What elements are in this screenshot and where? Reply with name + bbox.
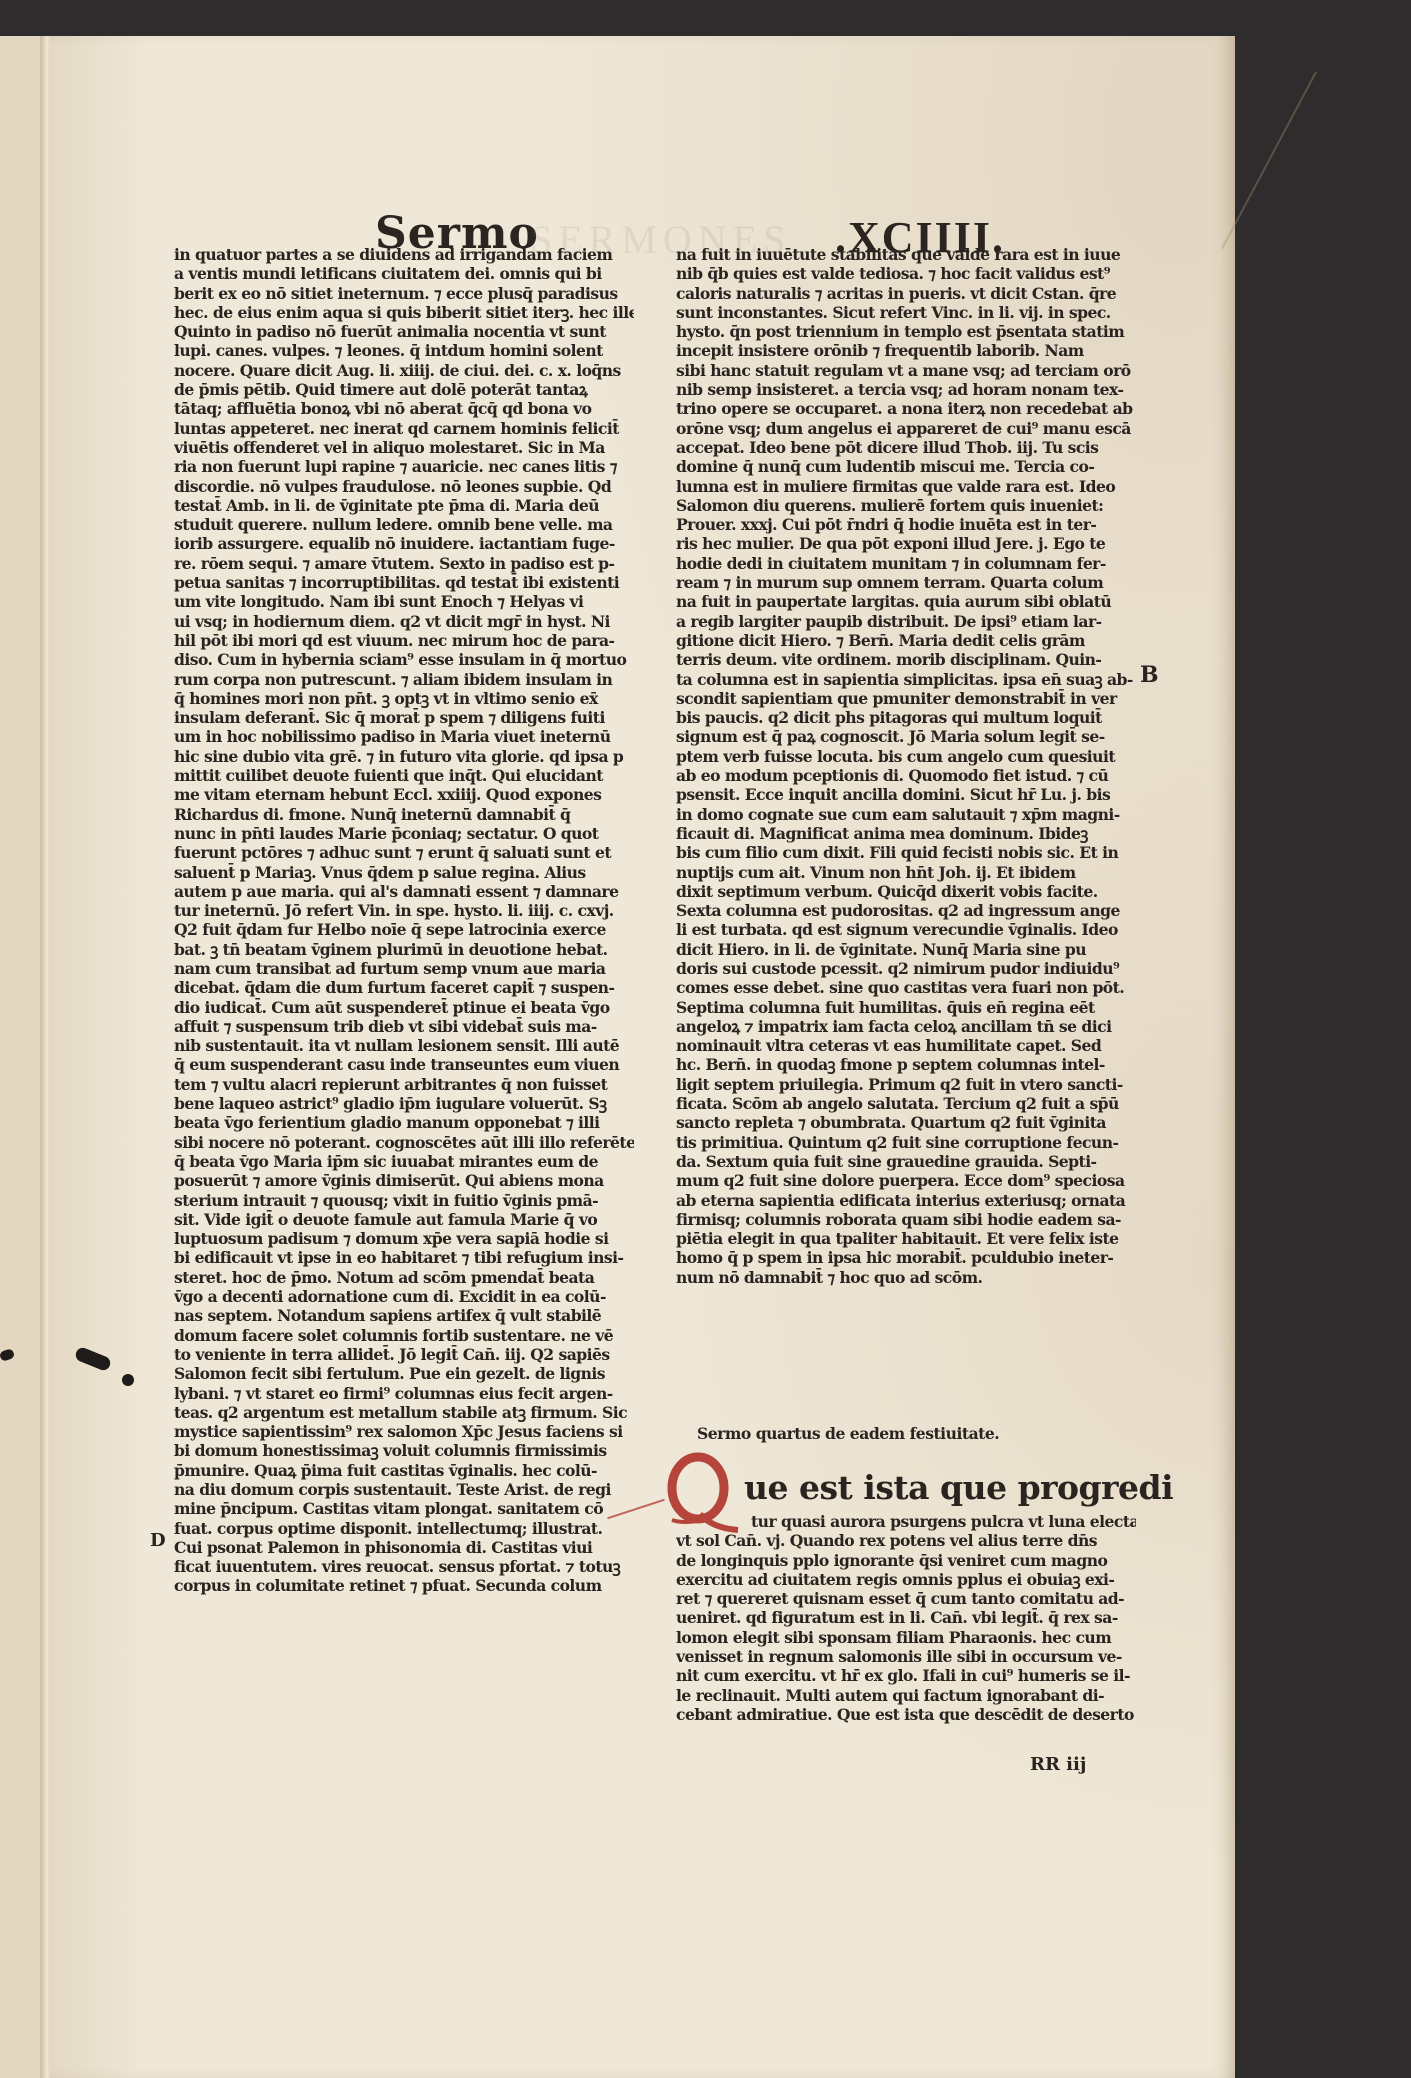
text-line: lupi. canes. vulpes. ⁊ leones. q̄ intdum… (174, 341, 634, 360)
text-line: ta columna est in sapientia simplicitas.… (676, 670, 1136, 689)
text-line: in quatuor partes a se diuidens ad irrig… (174, 245, 634, 264)
text-line: um in hoc nobilissimo padiso in Maria vi… (174, 727, 634, 746)
text-line: mum q2 fuit sine dolore puerpera. Ecce d… (676, 1171, 1136, 1190)
text-line: hc. Bern̄. in quodaꝫ fmone p septem colu… (676, 1055, 1136, 1074)
margin-note-left: D (150, 1530, 166, 1551)
text-line: tem ⁊ vultu alacri repierunt arbitrantes… (174, 1075, 634, 1094)
text-line: rum corpa non putrescunt. ⁊ aliam ibidem… (174, 670, 634, 689)
text-line: petua sanitas ⁊ incorruptibilitas. qd te… (174, 573, 634, 592)
text-line: ficat iuuentutem. vires reuocat. sensus … (174, 1557, 634, 1576)
text-line: q̄ homines mori non pn̄t. ꝫ optꝫ vt in v… (174, 689, 634, 708)
text-line: angeloꝝ ⁊ impatrix iam facta celoꝝ ancil… (676, 1017, 1136, 1036)
text-line: ficata. Scōm ab angelo salutata. Tercium… (676, 1094, 1136, 1113)
text-line: le reclinauit. Multi autem qui factum ig… (676, 1686, 1136, 1705)
text-line: piētia elegit in qua tpaliter habitauit.… (676, 1229, 1136, 1248)
text-line: nas septem. Notandum sapiens artifex q̄ … (174, 1306, 634, 1325)
sermon-heading: Sermo quartus de eadem festiuitate. (697, 1424, 999, 1443)
text-line: tur ineternū. Jō refert Vin. in spe. hys… (174, 901, 634, 920)
text-line: Salomon diu querens. mulierē fortem quis… (676, 496, 1136, 515)
text-line: dicit Hiero. in li. de v̄ginitate. Nunq̄… (676, 940, 1136, 959)
text-line: q̄ beata v̄go Maria ip̄m sic iuuabat mir… (174, 1152, 634, 1171)
text-line: lumna est in muliere firmitas que valde … (676, 477, 1136, 496)
incipit-text: ue est ista que progredi (744, 1468, 1173, 1507)
text-line: accepat. Ideo bene pōt dicere illud Thob… (676, 438, 1136, 457)
text-line: Quinto in padiso nō fuerūt animalia noce… (174, 322, 634, 341)
text-line: ria non fuerunt lupi rapine ⁊ auaricie. … (174, 457, 634, 476)
text-line: lomon elegit sibi sponsam filiam Pharaon… (676, 1628, 1136, 1647)
margin-note-right: B (1140, 662, 1159, 688)
text-line: bi domum honestissimaꝫ voluit columnis f… (174, 1441, 634, 1460)
text-line: discordie. nō vulpes fraudulose. nō leon… (174, 477, 634, 496)
text-line: scondit sapientiam que pmuniter demonstr… (676, 689, 1136, 708)
text-line: bis cum filio cum dixit. Fili quid fecis… (676, 843, 1136, 862)
text-line: Cui psonat Palemon in phisonomia di. Cas… (174, 1538, 634, 1557)
text-line: incepit insistere orōnib ⁊ frequentib la… (676, 341, 1136, 360)
right-text-column: na fuit in iuuētute stabilitas que valde… (676, 245, 1136, 1287)
text-line: fuat. corpus optime disponit. intellectu… (174, 1519, 634, 1538)
text-line: a regib largiter paupib distribuit. De i… (676, 612, 1136, 631)
text-line: nit cum exercitu. vt hr̄ ex glo. Ifali i… (676, 1666, 1136, 1685)
text-line: corpus in columitate retinet ⁊ pfuat. Se… (174, 1576, 634, 1595)
text-line: tis primitiua. Quintum q2 fuit sine corr… (676, 1133, 1136, 1152)
text-line: nuptijs cum ait. Vinum non hn̄t Joh. ij.… (676, 863, 1136, 882)
text-line: bene laqueo astrict⁹ gladio ip̄m iugular… (174, 1094, 634, 1113)
text-line: berit ex eo nō sitiet ineternum. ⁊ ecce … (174, 284, 634, 303)
text-line: testat̄ Amb. in li. de v̄ginitate pte p̄… (174, 496, 634, 515)
text-line: Salomon fecit sibi fertulum. Pue ein gez… (174, 1364, 634, 1383)
signature-mark: RR iij (1030, 1754, 1086, 1775)
text-line: sibi hanc statuit regulam vt a mane vsq;… (676, 361, 1136, 380)
text-line: nam cum transibat ad furtum semp vnum au… (174, 959, 634, 978)
text-line: nominauit vltra ceteras vt eas humilitat… (676, 1036, 1136, 1055)
text-line: ficauit di. Magnificat anima mea dominum… (676, 824, 1136, 843)
text-line: li est turbata. qd est signum verecundie… (676, 920, 1136, 939)
text-line: hysto. q̄n post triennium in templo est … (676, 322, 1136, 341)
text-line: Q2 fuit q̄dam fur Helbo noīe q̄ sepe lat… (174, 920, 634, 939)
text-line: studuit querere. nullum ledere. omnib be… (174, 515, 634, 534)
text-line: nib semp insisteret. a tercia vsq; ad ho… (676, 380, 1136, 399)
text-line: fuerunt pctōres ⁊ adhuc sunt ⁊ erunt q̄ … (174, 843, 634, 862)
text-line: tātaq; affluētia bonoꝝ vbi nō aberat q̄c… (174, 399, 634, 418)
text-line: ab eterna sapientia edificata interius e… (676, 1191, 1136, 1210)
text-line: bi edificauit vt ipse in eo habitaret ⁊ … (174, 1248, 634, 1267)
text-line: Prouer. xxxj. Cui pōt r̄ndri q̄ hodie in… (676, 515, 1136, 534)
text-line: vt sol Can̄. vj. Quando rex potens vel a… (676, 1531, 1136, 1550)
text-line: de p̄mis pētib. Quid timere aut dolē pot… (174, 380, 634, 399)
text-line: ligit septem priuilegia. Primum q2 fuit … (676, 1075, 1136, 1094)
text-line: diso. Cum in hybernia sciam⁹ esse insula… (174, 650, 634, 669)
text-line: ret ⁊ quereret quisnam esset q̄ cum tant… (676, 1589, 1136, 1608)
text-line: steret. hoc de p̄mo. Notum ad scōm pmend… (174, 1268, 634, 1287)
text-line: dicebat. q̄dam die dum furtum faceret ca… (174, 978, 634, 997)
paper-crease (1221, 72, 1317, 250)
text-line: hodie dedi in ciuitatem munitam ⁊ in col… (676, 554, 1136, 573)
text-line: bis paucis. q2 dicit phs pitagoras qui m… (676, 708, 1136, 727)
text-line: ueniret. qd figuratum est in li. Can̄. v… (676, 1608, 1136, 1627)
text-line: re. rōem sequi. ⁊ amare v̄tutem. Sexto i… (174, 554, 634, 573)
text-line: insulam deferant̄. Sic q̄ morat̄ p spem … (174, 708, 634, 727)
text-line: ris hec mulier. De qua pōt exponi illud … (676, 534, 1136, 553)
text-line: sibi nocere nō poterant. cognoscētes aūt… (174, 1133, 634, 1152)
right-text-column-continued: tur quasi aurora psurgens pulcra vt luna… (676, 1512, 1136, 1724)
text-line: mystice sapientissim⁹ rex salomon Xp̄c J… (174, 1422, 634, 1441)
text-line: orōne vsq; dum angelus ei appareret de c… (676, 419, 1136, 438)
text-line: luptuosum padisum ⁊ domum xp̄e vera sapi… (174, 1229, 634, 1248)
text-line: nib q̄b quies est valde tediosa. ⁊ hoc f… (676, 264, 1136, 283)
text-line: beata v̄go ferientium gladio manum oppon… (174, 1113, 634, 1132)
text-line: in domo cognate sue cum eam salutauit ⁊ … (676, 805, 1136, 824)
text-line: Septima columna fuit humilitas. q̄uis en… (676, 998, 1136, 1017)
text-line: ui vsq; in hodiernum diem. q2 vt dicit m… (174, 612, 634, 631)
text-line: bat. ꝫ tn̄ beatam v̄ginem plurimū in deu… (174, 940, 634, 959)
text-line: ream ⁊ in murum sup omnem terram. Quarta… (676, 573, 1136, 592)
text-line: lybani. ⁊ vt staret eo firmi⁹ columnas e… (174, 1384, 634, 1403)
text-line: de longinquis pplo ignorante q̄si venire… (676, 1551, 1136, 1570)
text-line: um vite longitudo. Nam ibi sunt Enoch ⁊ … (174, 592, 634, 611)
text-line: sterium intrauit ⁊ quousq; vixit in fuit… (174, 1191, 634, 1210)
text-line: doris sui custode pcessit. q2 nimirum pu… (676, 959, 1136, 978)
text-line: dixit septimum verbum. Quicq̄d dixerit v… (676, 882, 1136, 901)
text-line: q̄ eum suspenderant casu inde transeunte… (174, 1055, 634, 1074)
text-line: sunt inconstantes. Sicut refert Vinc. in… (676, 303, 1136, 322)
text-line: gitione dicit Hiero. ⁊ Bern̄. Maria dedi… (676, 631, 1136, 650)
text-line: autem p aue maria. qui al's damnati esse… (174, 882, 634, 901)
text-line: hic sine dubio vita grē. ⁊ in futuro vit… (174, 747, 634, 766)
text-line: saluent̄ p Mariaꝫ. Vnus q̄dem p salue re… (174, 863, 634, 882)
text-line: domum facere solet columnis fortib suste… (174, 1326, 634, 1345)
text-line: Richardus di. fmone. Nunq̄ ineternū damn… (174, 805, 634, 824)
text-line: v̄go a decenti adornatione cum di. Excid… (174, 1287, 634, 1306)
text-line: iorib assurgere. equalib nō inuidere. ia… (174, 534, 634, 553)
text-line: comes esse debet. sine quo castitas vera… (676, 978, 1136, 997)
text-line: firmisq; columnis roborata quam sibi hod… (676, 1210, 1136, 1229)
text-line: terris deum. vite ordinem. morib discipl… (676, 650, 1136, 669)
text-line: signum est q̄ paꝝ cognoscit. Jō Maria so… (676, 727, 1136, 746)
text-line: caloris naturalis ⁊ acritas in pueris. v… (676, 284, 1136, 303)
text-line: sit. Vide igit̄ o deuote famule aut famu… (174, 1210, 634, 1229)
text-line: ptem verb fuisse locuta. bis cum angelo … (676, 747, 1136, 766)
text-line: na fuit in iuuētute stabilitas que valde… (676, 245, 1136, 264)
text-line: homo q̄ p spem in ipsa hic morabit̄. pcu… (676, 1248, 1136, 1267)
text-line: p̄munire. Quaꝝ p̄ima fuit castitas v̄gin… (174, 1461, 634, 1480)
text-line: nib sustentauit. ita vt nullam lesionem … (174, 1036, 634, 1055)
text-line: sancto repleta ⁊ obumbrata. Quartum q2 f… (676, 1113, 1136, 1132)
text-line: me vitam eternam hebunt Eccl. xxiiij. Qu… (174, 785, 634, 804)
text-line: tur quasi aurora psurgens pulcra vt luna… (676, 1512, 1136, 1531)
text-line: nocere. Quare dicit Aug. li. xiiij. de c… (174, 361, 634, 380)
text-line: na fuit in paupertate largitas. quia aur… (676, 592, 1136, 611)
text-line: da. Sextum quia fuit sine grauedine grau… (676, 1152, 1136, 1171)
text-line: domine q̄ nunq̄ cum ludentib miscui me. … (676, 457, 1136, 476)
text-line: Sexta columna est pudorositas. q2 ad ing… (676, 901, 1136, 920)
text-line: psensit. Ecce inquit ancilla domini. Sic… (676, 785, 1136, 804)
text-line: mine p̄ncipum. Castitas vitam plongat. s… (174, 1499, 634, 1518)
text-line: posuerūt ⁊ amore v̄ginis dimiserūt. Qui … (174, 1171, 634, 1190)
text-line: exercitu ad ciuitatem regis omnis pplus … (676, 1570, 1136, 1589)
text-line: luntas appeteret. nec inerat qd carnem h… (174, 419, 634, 438)
text-line: teas. q2 argentum est metallum stabile a… (174, 1403, 634, 1422)
text-line: na diu domum corpis sustentauit. Teste A… (174, 1480, 634, 1499)
text-line: trino opere se occuparet. a nona iterꝝ n… (676, 399, 1136, 418)
text-line: cebant admiratiue. Que est ista que desc… (676, 1705, 1136, 1724)
text-line: a ventis mundi letificans ciuitatem dei.… (174, 264, 634, 283)
text-line: to veniente in terra allidet̄. Jō legit̄… (174, 1345, 634, 1364)
text-line: nunc in pn̄ti laudes Marie p̄coniaq; sec… (174, 824, 634, 843)
text-line: dio iudicat̄. Cum aūt suspenderet̄ ptinu… (174, 998, 634, 1017)
text-line: viuētis offenderet vel in aliquo molesta… (174, 438, 634, 457)
text-line: ab eo modum pceptionis di. Quomodo fiet … (676, 766, 1136, 785)
text-line: mittit cuilibet deuote fuienti que inq̄t… (174, 766, 634, 785)
text-line: hec. de eius enim aqua si quis biberit s… (174, 303, 634, 322)
text-line: hil pōt ibi mori qd est viuum. nec mirum… (174, 631, 634, 650)
text-line: venisset in regnum salomonis ille sibi i… (676, 1647, 1136, 1666)
text-line: num nō damnabit̄ ⁊ hoc quo ad scōm. (676, 1268, 1136, 1287)
left-text-column: in quatuor partes a se diuidens ad irrig… (174, 245, 634, 1596)
text-line: affuit ⁊ suspensum trib dieb vt sibi vid… (174, 1017, 634, 1036)
ink-mark (122, 1374, 134, 1386)
